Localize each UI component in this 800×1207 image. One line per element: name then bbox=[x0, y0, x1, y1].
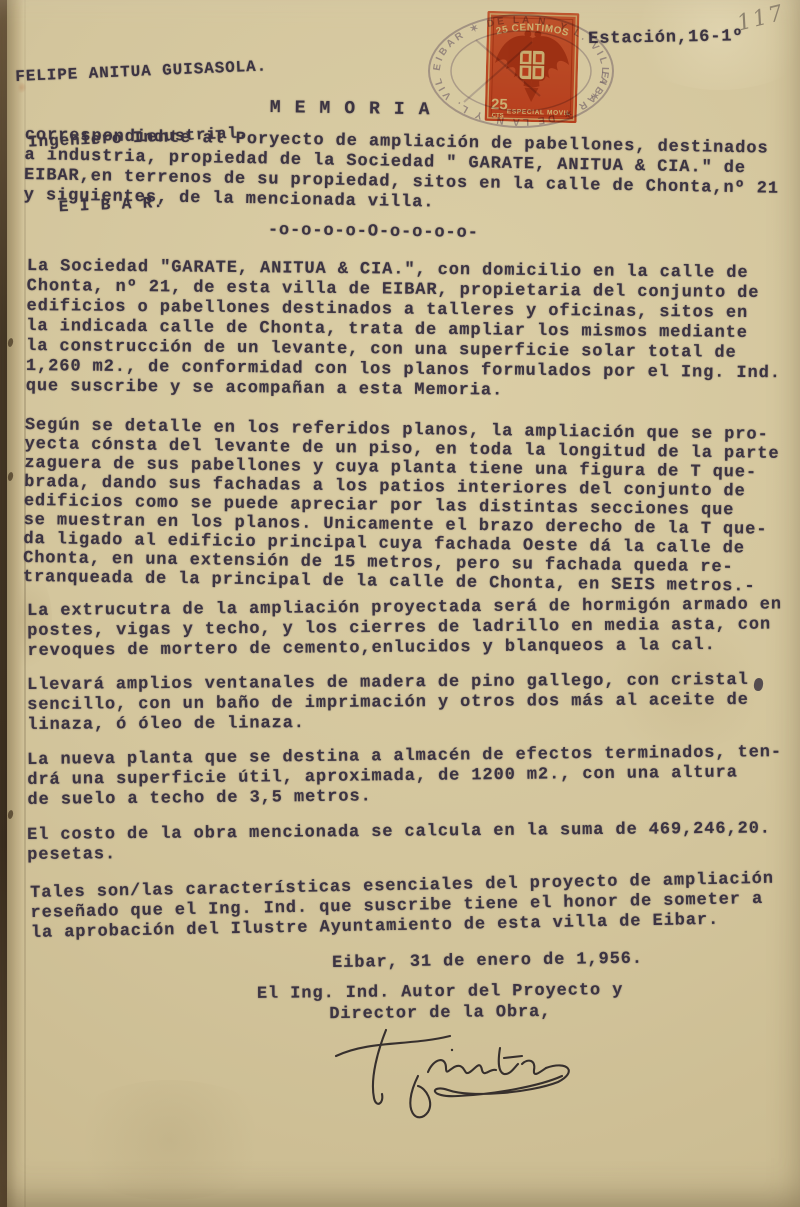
signature bbox=[300, 1020, 590, 1125]
oval-stamp-caption: EIBAR ✶ DE LA N. Y L. VILLA ✶ bbox=[432, 15, 610, 104]
body-paragraph: El costo de la obra mencionada se calcul… bbox=[27, 820, 771, 866]
memoria-title: M E M O R I A bbox=[270, 98, 431, 120]
body-paragraph: La Sociedad "GARATE, ANITUA & CIA.", con… bbox=[26, 257, 782, 404]
oval-stamp-caption: EIBAR ✶ DE LA N. Y L. VILLA ✶ bbox=[424, 10, 610, 127]
ink-blotch bbox=[753, 677, 764, 691]
body-paragraph: Llevará amplios ventanales de madera de … bbox=[27, 671, 749, 736]
separator-line: -o-o-o-o-O-o-o-o-o- bbox=[268, 221, 479, 244]
folio-number: 117 bbox=[735, 1, 788, 37]
scanned-document-page: FELIPE ANITUA GUISASOLA. Ingeniero Indus… bbox=[0, 0, 800, 1207]
body-paragraph: Según se detalle en los referidos planos… bbox=[23, 416, 780, 597]
body-paragraph: La nueva planta que se destina a almacén… bbox=[27, 743, 783, 811]
body-paragraph: La extrucutra de la ampliación proyectad… bbox=[27, 595, 782, 662]
body-paragraph: Tales son/las características esenciales… bbox=[30, 870, 775, 944]
binding-edge bbox=[0, 0, 7, 1207]
letterhead-name: FELIPE ANITUA GUISASOLA. bbox=[15, 55, 268, 88]
paper-stain bbox=[60, 1080, 280, 1200]
oval-ink-stamp: EIBAR ✶ DE LA N. Y L. VILLA ✶ EIBAR ✶ DE… bbox=[424, 10, 620, 132]
date-line: Eibar, 31 de enero de 1,956. bbox=[332, 950, 643, 974]
intro-paragraph: correspondiente al Poryecto de ampliació… bbox=[24, 126, 780, 220]
